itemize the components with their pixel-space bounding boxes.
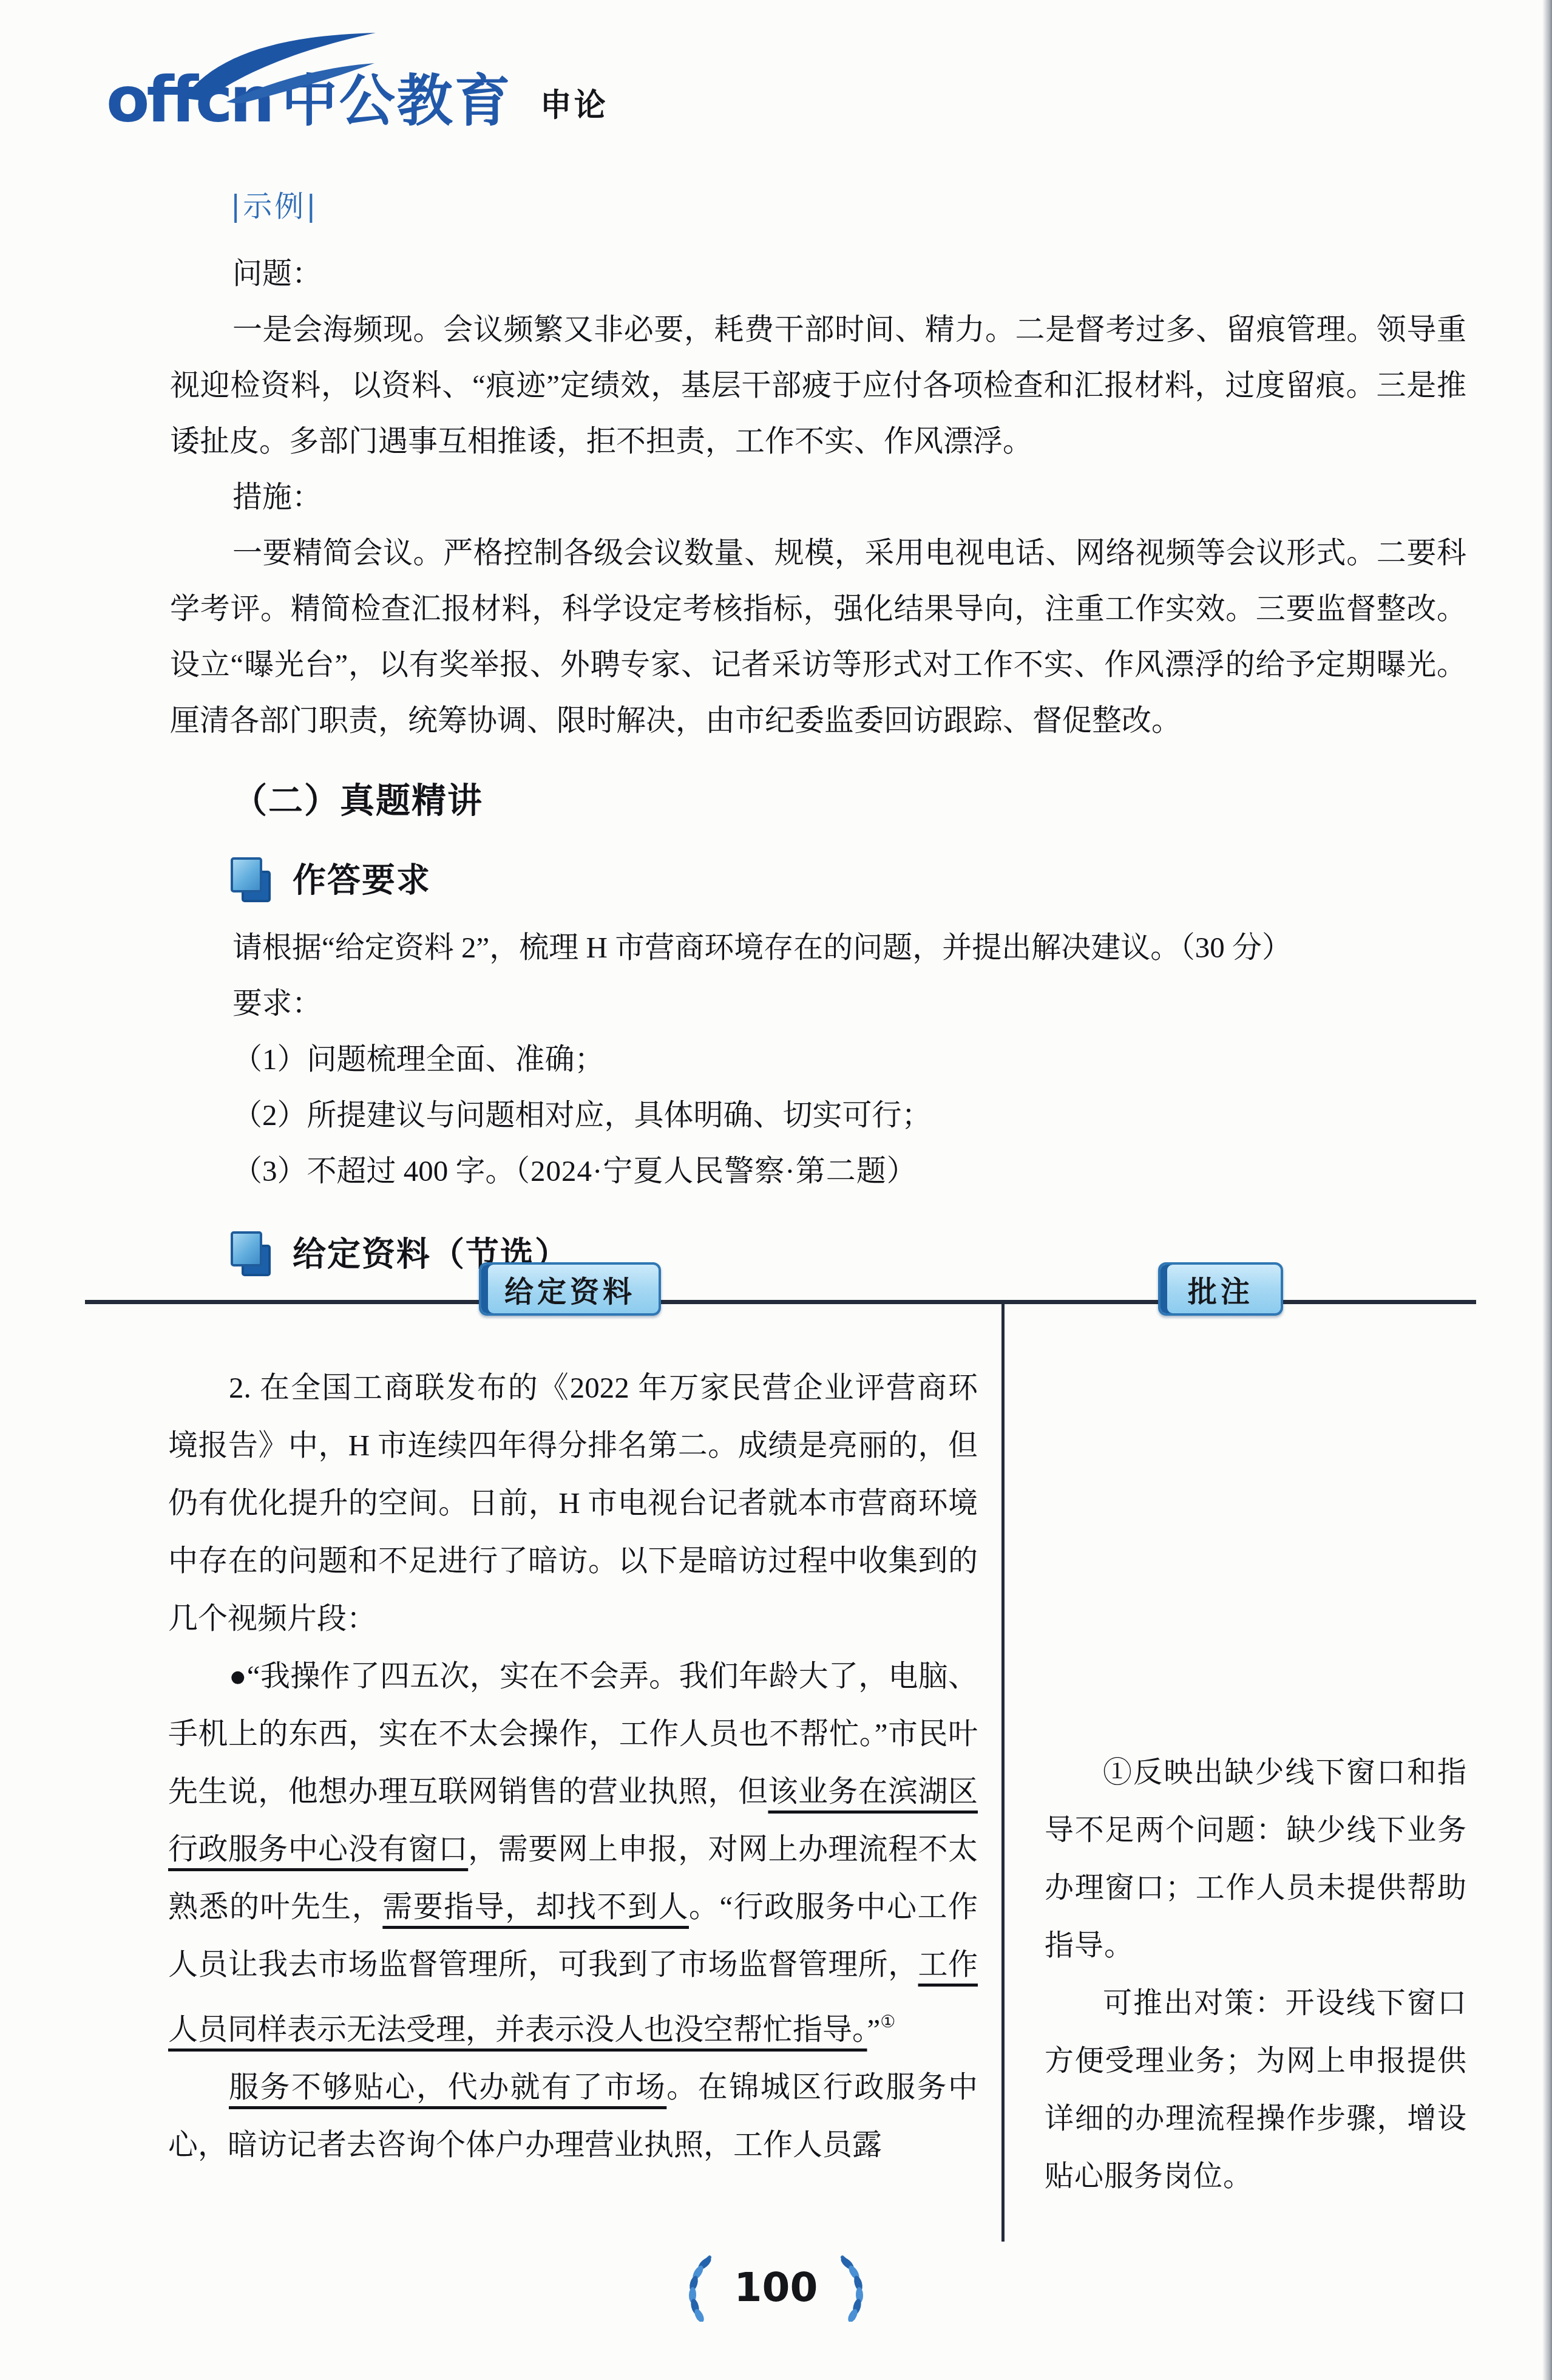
material-paragraph: ●“我操作了四五次，实在不会弄。我们年龄大了，电脑、手机上的东西，实在不太会操作… (168, 1647, 978, 2058)
text-segment: 2. 在全国工商联发布的《2022 年万家民营企业评营商环境报告》中，H 市连续… (168, 1371, 978, 1635)
scan-edge-artifact (1542, 0, 1552, 2380)
answer-requirements-label: 作答要求 (293, 852, 431, 908)
text-segment: （3）不超过 400 字。 (232, 1154, 515, 1188)
text-segment: （2024·宁夏人民警察·第二题） (515, 1154, 917, 1188)
text-segment: ① (880, 2013, 895, 2031)
laurel-right-icon (835, 2254, 877, 2322)
tab-annotation: 批注 (1158, 1262, 1283, 1316)
annotation-item: 可推出对策：开设线下窗口方便受理业务；为网上申报提供详细的办理流程操作步骤，增设… (1045, 1974, 1467, 2205)
material-paragraph: 服务不够贴心，代办就有了市场。在锦城区行政服务中心，暗访记者去咨询个体户办理营业… (168, 2058, 978, 2174)
text-segment: ” (867, 2013, 881, 2046)
book-page: offcn 中公教育 申论 |示例| 问题： 一是会海频现。会议频繁又非必要，耗… (0, 0, 1552, 2380)
question-line: 请根据“给定资料 2”，梳理 H 市营商环境存在的问题，并提出解决建议。（30 … (170, 920, 1466, 976)
column-divider (1001, 1303, 1005, 2242)
offcn-logo: offcn 中公教育 (106, 68, 512, 131)
tab-given-material: 给定资料 (479, 1262, 661, 1316)
lesson-content: |示例| 问题： 一是会海频现。会议频繁又非必要，耗费干部时间、精力。二是督考过… (170, 185, 1466, 1294)
subject-label: 申论 (540, 80, 608, 125)
requirement-item-2: （2）所提建议与问题相对应，具体明确、切实可行； (170, 1087, 1466, 1143)
page-number: 100 (734, 2254, 818, 2321)
text-segment: 服务不够贴心，代办就有了市场 (229, 2070, 666, 2104)
laurel-left-icon (675, 2254, 717, 2322)
text-segment: 需要指导，却找不到人 (382, 1890, 689, 1923)
annotation-column: ①反映出缺少线下窗口和指导不足两个问题：缺少线下业务办理窗口；工作人员未提供帮助… (1045, 1744, 1467, 2205)
problem-label: 问题： (170, 246, 1466, 302)
pages-icon (231, 857, 271, 902)
page-footer: 100 (0, 2254, 1552, 2322)
requirement-item-1: （1）问题梳理全面、准确； (170, 1032, 1466, 1087)
measures-paragraph: 一要精简会议。严格控制各级会议数量、规模，采用电视电话、网络视频等会议形式。二要… (170, 525, 1466, 749)
logo-swoosh-icon (179, 30, 379, 103)
measures-label: 措施： (170, 469, 1466, 525)
header: offcn 中公教育 申论 (106, 68, 608, 131)
requirement-item-3: （3）不超过 400 字。（2024·宁夏人民警察·第二题） (170, 1143, 1466, 1199)
material-column: 2. 在全国工商联发布的《2022 年万家民营企业评营商环境报告》中，H 市连续… (168, 1359, 978, 2174)
requirements-label: 要求： (170, 976, 1466, 1032)
section-heading: （二）真题精讲 (232, 777, 1466, 825)
pages-icon (231, 1231, 271, 1276)
material-paragraph: 2. 在全国工商联发布的《2022 年万家民营企业评营商环境报告》中，H 市连续… (168, 1359, 978, 1647)
answer-requirements-header: 作答要求 (231, 852, 1466, 908)
annotation-item: ①反映出缺少线下窗口和指导不足两个问题：缺少线下业务办理窗口；工作人员未提供帮助… (1045, 1744, 1467, 1974)
problem-paragraph: 一是会海频现。会议频繁又非必要，耗费干部时间、精力。二是督考过多、留痕管理。领导… (170, 302, 1466, 469)
example-label: |示例| (231, 185, 1466, 228)
